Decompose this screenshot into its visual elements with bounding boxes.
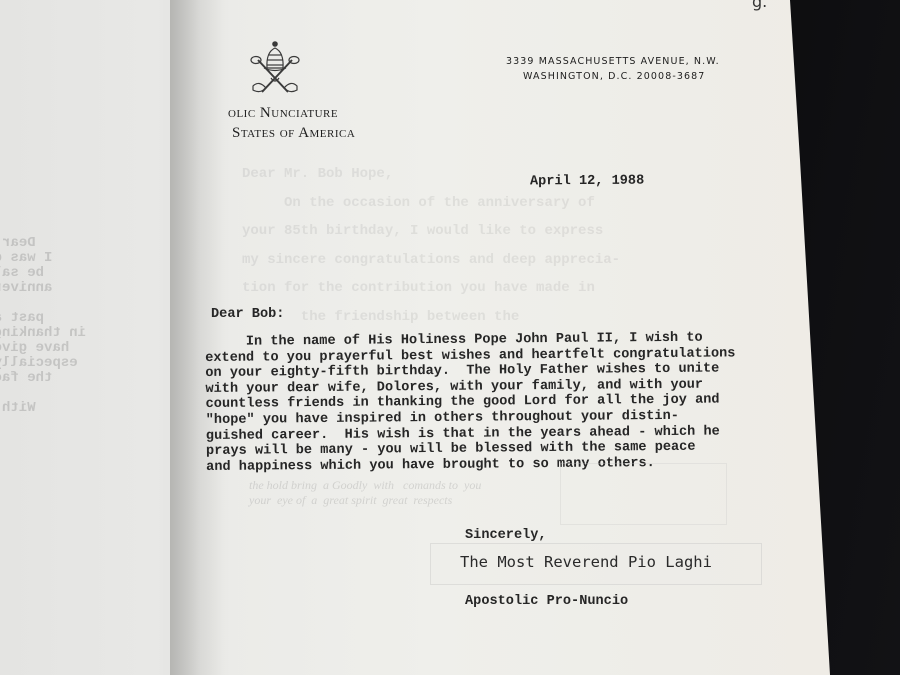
signer-name: The Most Reverend Pio Laghi [460, 553, 712, 571]
address-city: WASHINGTON, D.C. 20008-3687 [523, 71, 705, 82]
organization-name-line-1: olic Nunciature [228, 105, 338, 122]
papal-seal-icon [244, 38, 306, 100]
bleed-through-line: my sincere congratulations and deep appr… [242, 252, 620, 268]
bleed-through-line: your 85th birthday, I would like to expr… [242, 223, 603, 239]
signer-title: Apostolic Pro-Nuncio [465, 594, 628, 610]
bleed-through-line: On the occasion of the anniversary of [242, 195, 595, 211]
address-street: 3339 MASSACHUSETTS AVENUE, N.W. [506, 56, 720, 67]
salutation: Dear Bob: [211, 307, 284, 323]
bleed-through-line: Dear Mr. Bob Hope, [242, 166, 393, 182]
bleed-through-line: tion for the contribution you have made … [242, 280, 595, 296]
closing: Sincerely, [465, 528, 547, 544]
letter-date: April 12, 1988 [530, 174, 644, 190]
top-corner-text: g. [752, 0, 767, 11]
letter-body: In the name of His Holiness Pope John Pa… [205, 330, 736, 475]
organization-name-line-2: States of America [232, 125, 355, 142]
faint-handwriting-bleed: the hold bring a Goodly with comands to … [240, 478, 660, 512]
